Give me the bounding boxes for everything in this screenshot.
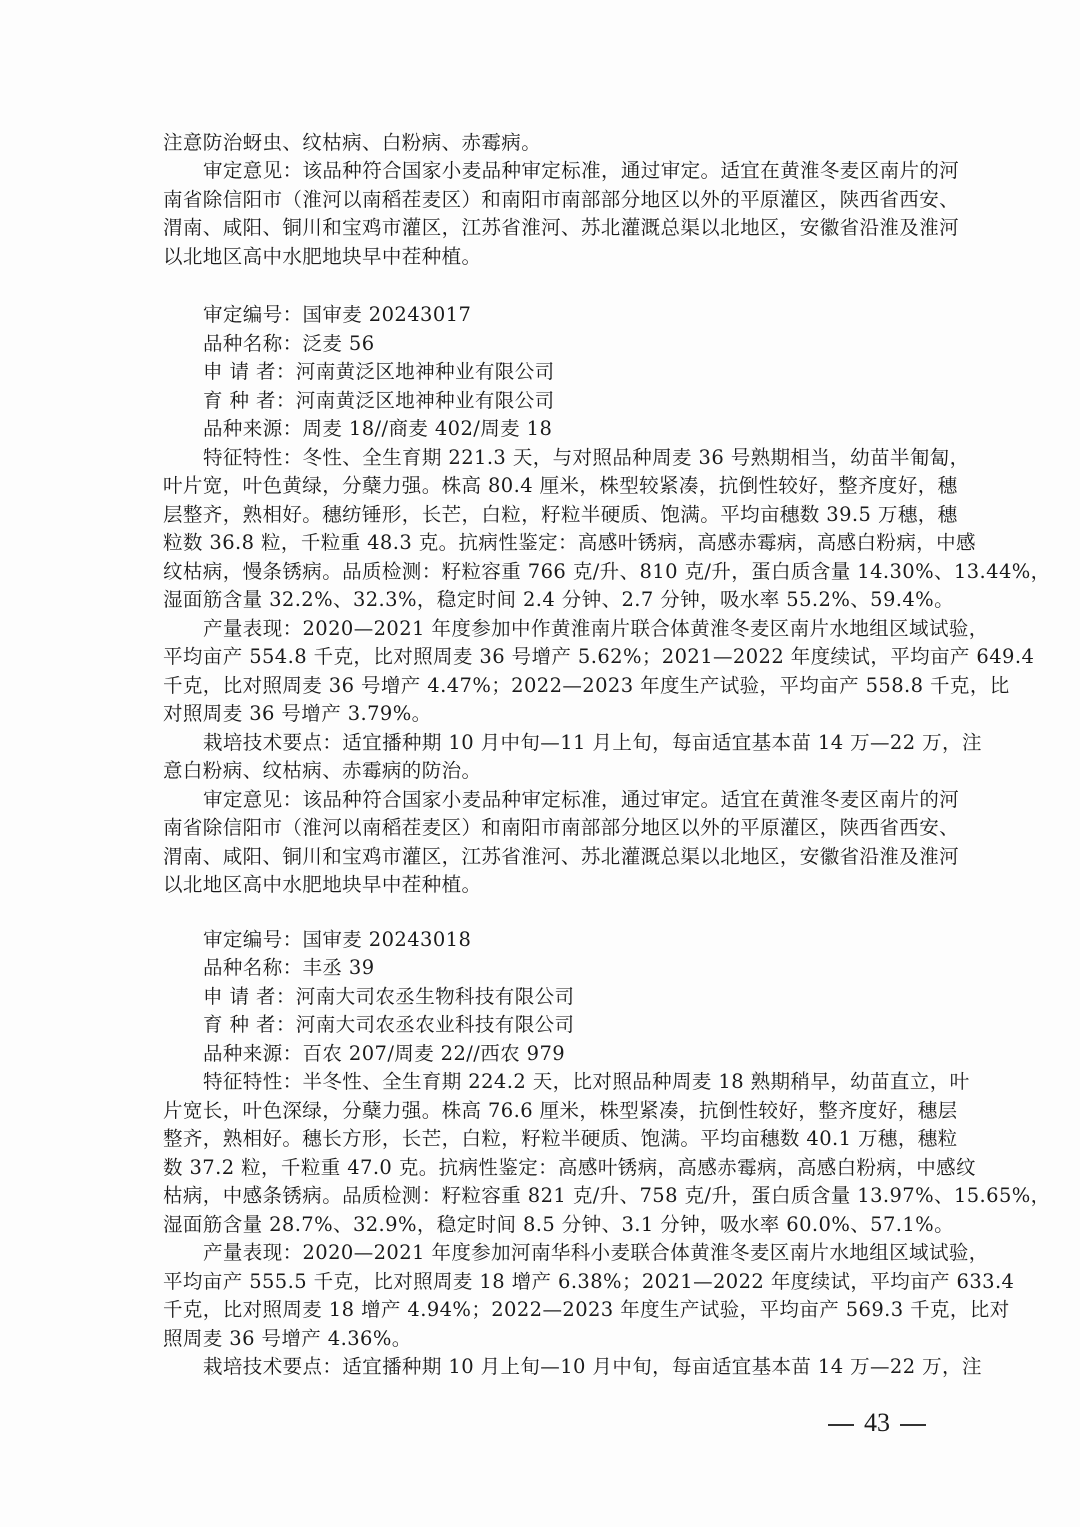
text-line: 品种来源：百农 207/周麦 22//西农 979: [203, 1041, 963, 1067]
text-line: 栽培技术要点：适宜播种期 10 月中旬—11 月上旬，每亩适宜基本苗 14 万—…: [203, 730, 963, 756]
text-line: 以北地区高中水肥地块早中茬种植。: [163, 872, 923, 898]
text-line: 申 请 者：河南黄泛区地神种业有限公司: [203, 359, 963, 385]
text-line: 注意防治蚜虫、纹枯病、白粉病、赤霉病。: [163, 130, 923, 156]
text-line: 纹枯病，慢条锈病。品质检测：籽粒容重 766 克/升、810 克/升，蛋白质含量…: [163, 559, 923, 585]
text-line: 以北地区高中水肥地块早中茬种植。: [163, 244, 923, 270]
text-line: 育 种 者：河南大司农丞农业科技有限公司: [203, 1012, 963, 1038]
document-page: 注意防治蚜虫、纹枯病、白粉病、赤霉病。审定意见：该品种符合国家小麦品种审定标准，…: [0, 0, 1080, 1527]
text-line: 品种名称：泛麦 56: [203, 331, 963, 357]
text-line: 产量表现：2020—2021 年度参加河南华科小麦联合体黄淮冬麦区南片水地组区域…: [203, 1240, 963, 1266]
page-number-text: 43: [864, 1408, 890, 1437]
text-line: 产量表现：2020—2021 年度参加中作黄淮南片联合体黄淮冬麦区南片水地组区域…: [203, 616, 963, 642]
text-line: 枯病，中感条锈病。品质检测：籽粒容重 821 克/升、758 克/升，蛋白质含量…: [163, 1183, 923, 1209]
text-line: 平均亩产 554.8 千克，比对照周麦 36 号增产 5.62%；2021—20…: [163, 644, 923, 670]
text-line: 南省除信阳市（淮河以南稻茬麦区）和南阳市南部部分地区以外的平原灌区，陕西省西安、: [163, 187, 923, 213]
text-line: 湿面筋含量 28.7%、32.9%，稳定时间 8.5 分钟、3.1 分钟，吸水率…: [163, 1212, 923, 1238]
text-line: 照周麦 36 号增产 4.36%。: [163, 1326, 923, 1352]
text-line: 南省除信阳市（淮河以南稻茬麦区）和南阳市南部部分地区以外的平原灌区，陕西省西安、: [163, 815, 923, 841]
text-line: 渭南、咸阳、铜川和宝鸡市灌区，江苏省淮河、苏北灌溉总渠以北地区，安徽省沿淮及淮河: [163, 215, 923, 241]
text-line: 栽培技术要点：适宜播种期 10 月上旬—10 月中旬，每亩适宜基本苗 14 万—…: [203, 1354, 963, 1380]
text-line: 申 请 者：河南大司农丞生物科技有限公司: [203, 984, 963, 1010]
text-line: 审定意见：该品种符合国家小麦品种审定标准，通过审定。适宜在黄淮冬麦区南片的河: [203, 787, 963, 813]
text-line: 整齐，熟相好。穗长方形，长芒，白粒，籽粒半硬质、饱满。平均亩穗数 40.1 万穗…: [163, 1126, 923, 1152]
text-line: 平均亩产 555.5 千克，比对照周麦 18 增产 6.38%；2021—202…: [163, 1269, 923, 1295]
page-number: 43: [818, 1408, 936, 1438]
text-line: 审定意见：该品种符合国家小麦品种审定标准，通过审定。适宜在黄淮冬麦区南片的河: [203, 158, 963, 184]
text-line: 粒数 36.8 粒，千粒重 48.3 克。抗病性鉴定：高感叶锈病，高感赤霉病，高…: [163, 530, 923, 556]
text-line: 育 种 者：河南黄泛区地神种业有限公司: [203, 388, 963, 414]
text-line: 千克，比对照周麦 36 号增产 4.47%；2022—2023 年度生产试验，平…: [163, 673, 923, 699]
dash-left: [828, 1424, 854, 1426]
text-line: 千克，比对照周麦 18 增产 4.94%；2022—2023 年度生产试验，平均…: [163, 1297, 923, 1323]
text-line: 叶片宽，叶色黄绿，分蘖力强。株高 80.4 厘米，株型较紧凑，抗倒性较好，整齐度…: [163, 473, 923, 499]
text-line: 湿面筋含量 32.2%、32.3%，稳定时间 2.4 分钟、2.7 分钟，吸水率…: [163, 587, 923, 613]
text-line: 品种来源：周麦 18//商麦 402/周麦 18: [203, 416, 963, 442]
text-line: 品种名称：丰丞 39: [203, 955, 963, 981]
text-line: 渭南、咸阳、铜川和宝鸡市灌区，江苏省淮河、苏北灌溉总渠以北地区，安徽省沿淮及淮河: [163, 844, 923, 870]
dash-right: [900, 1424, 926, 1426]
text-line: 特征特性：冬性、全生育期 221.3 天，与对照品种周麦 36 号熟期相当，幼苗…: [203, 445, 963, 471]
text-line: 审定编号：国审麦 20243017: [203, 302, 963, 328]
text-line: 片宽长，叶色深绿，分蘖力强。株高 76.6 厘米，株型紧凑，抗倒性较好，整齐度好…: [163, 1098, 923, 1124]
text-line: 意白粉病、纹枯病、赤霉病的防治。: [163, 758, 923, 784]
text-line: 审定编号：国审麦 20243018: [203, 927, 963, 953]
text-line: 特征特性：半冬性、全生育期 224.2 天，比对照品种周麦 18 熟期稍早，幼苗…: [203, 1069, 963, 1095]
text-line: 数 37.2 粒，千粒重 47.0 克。抗病性鉴定：高感叶锈病，高感赤霉病，高感…: [163, 1155, 923, 1181]
text-line: 对照周麦 36 号增产 3.79%。: [163, 701, 923, 727]
text-line: 层整齐，熟相好。穗纺锤形，长芒，白粒，籽粒半硬质、饱满。平均亩穗数 39.5 万…: [163, 502, 923, 528]
